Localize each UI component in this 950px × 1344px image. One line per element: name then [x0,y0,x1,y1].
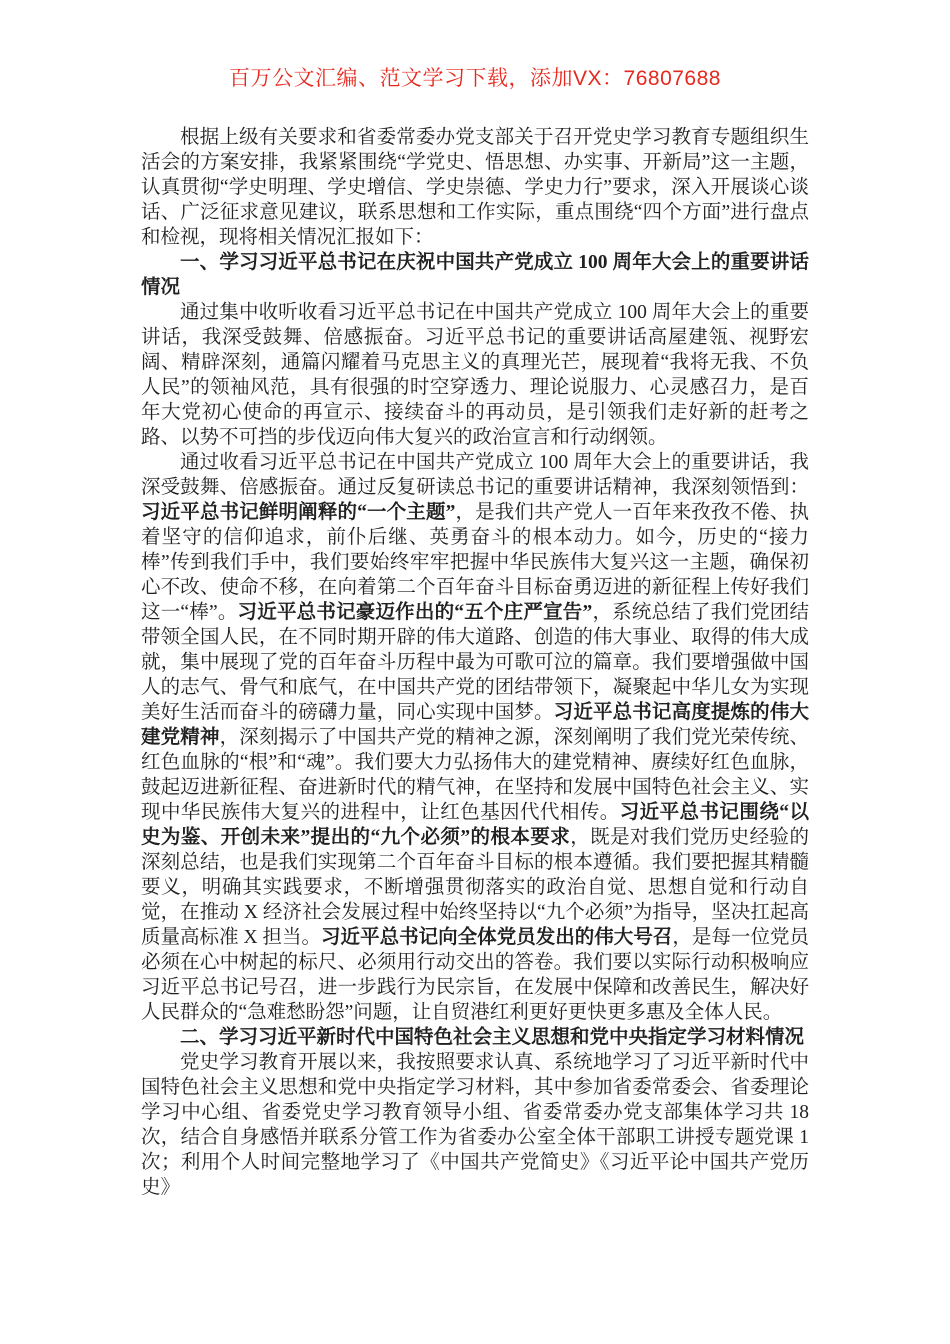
section-heading-2: 二、学习习近平新时代中国特色社会主义思想和党中央指定学习材料情况 [141,1025,809,1050]
section-heading-1: 一、学习习近平总书记在庆祝中国共产党成立 100 周年大会上的重要讲话情况 [141,250,809,300]
promo-banner: 百万公文汇编、范文学习下载，添加VX：76807688 [0,0,950,94]
heading-text: 二、学习习近平新时代中国特色社会主义思想和党中央指定学习材料情况 [180,1027,804,1048]
text-run: 根据上级有关要求和省委常委办党支部关于召开党史学习教育专题组织生活会的方案安排，… [141,127,809,248]
paragraph-section2-1: 党史学习教育开展以来，我按照要求认真、系统地学习了习近平新时代中国特色社会主义思… [141,1050,809,1200]
paragraph-intro: 根据上级有关要求和省委常委办党支部关于召开党史学习教育专题组织生活会的方案安排，… [141,125,809,250]
document-page: 百万公文汇编、范文学习下载，添加VX：76807688 根据上级有关要求和省委常… [0,0,950,1344]
bold-run-one-theme: 习近平总书记鲜明阐释的“一个主题” [141,502,455,523]
document-body: 根据上级有关要求和省委常委办党支部关于召开党史学习教育专题组织生活会的方案安排，… [141,125,809,1200]
text-run: 通过收看习近平总书记在中国共产党成立 100 周年大会上的重要讲话，我深受鼓舞、… [141,452,809,498]
heading-text: 一、学习习近平总书记在庆祝中国共产党成立 100 周年大会上的重要讲话情况 [141,252,809,298]
bold-run-great-call: 习近平总书记向全体党员发出的伟大号召 [321,927,672,948]
paragraph-section1-1: 通过集中收听收看习近平总书记在中国共产党成立 100 周年大会上的重要讲话，我深… [141,300,809,450]
text-run: 通过集中收听收看习近平总书记在中国共产党成立 100 周年大会上的重要讲话，我深… [141,302,809,448]
text-run: 党史学习教育开展以来，我按照要求认真、系统地学习了习近平新时代中国特色社会主义思… [141,1052,809,1198]
bold-run-five-declarations: 习近平总书记豪迈作出的“五个庄严宣告” [238,602,593,623]
paragraph-section1-2: 通过收看习近平总书记在中国共产党成立 100 周年大会上的重要讲话，我深受鼓舞、… [141,450,809,1025]
